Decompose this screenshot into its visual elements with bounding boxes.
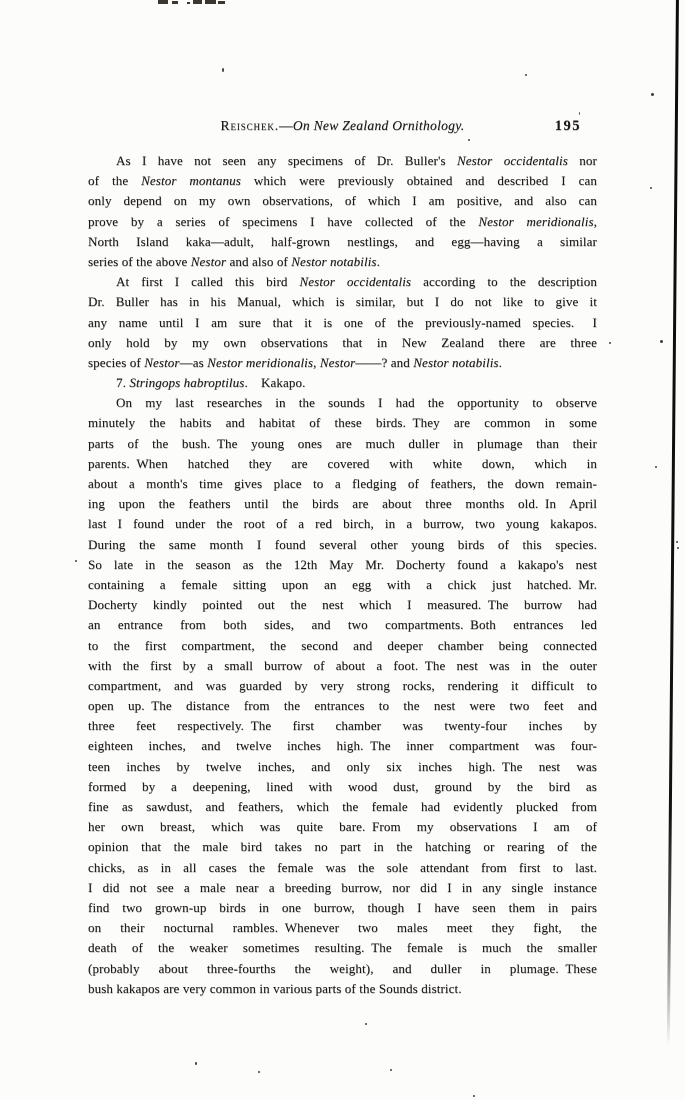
species-name-italic: Stringops habroptilus <box>129 375 244 390</box>
scan-top-edge-mark <box>172 1 178 4</box>
text-line: Dr. Buller has in his Manual, which is s… <box>88 292 597 312</box>
text-line: As I have not seen any specimens of Dr. … <box>88 151 597 171</box>
text-line: any name until I am sure that it is one … <box>88 313 597 333</box>
text-run: death of the weaker sometimes resulting.… <box>88 940 597 955</box>
text-run: . Kakapo. <box>244 375 305 390</box>
scan-speck <box>365 1023 367 1025</box>
text-run: I did not see a male near a breeding bur… <box>88 880 597 895</box>
text-run: (probably about three-fourths the weight… <box>88 961 597 976</box>
text-run: As I have not seen any specimens of Dr. … <box>116 153 457 168</box>
text-run: about a month's time gives place to a fl… <box>88 476 597 491</box>
text-line: species of Nestor—as Nestor meridionalis… <box>88 353 597 373</box>
text-line: prove by a series of specimens I have co… <box>88 212 597 232</box>
text-run: series of the above <box>88 254 191 269</box>
text-run: At first I called this bird <box>116 274 299 289</box>
scan-top-edge-mark <box>187 2 190 4</box>
author-name: Reischek. <box>221 118 279 133</box>
scan-speck <box>468 139 470 141</box>
scan-top-edge-mark <box>193 0 202 4</box>
text-run: On my last researches in the sounds I ha… <box>116 395 597 410</box>
text-run: of the <box>88 173 141 188</box>
text-run: , <box>313 355 320 370</box>
scan-speck <box>651 93 654 96</box>
text-line: series of the above Nestor and also of N… <box>88 252 597 272</box>
text-line: containing a female sitting upon an egg … <box>88 575 597 595</box>
text-line: opinion that the male bird takes no part… <box>88 837 597 857</box>
text-run: to the first compartment, the second and… <box>88 638 597 653</box>
scan-speck <box>660 340 663 343</box>
text-line: to the first compartment, the second and… <box>88 636 597 656</box>
text-line: During the same month I found several ot… <box>88 535 597 555</box>
species-name-italic: Nestor <box>191 254 226 269</box>
text-line: So late in the season as the 12th May Mr… <box>88 555 597 575</box>
scan-speck <box>579 112 580 115</box>
species-name-italic: Nestor montanus <box>141 173 241 188</box>
text-line: formed by a deepening, lined with wood d… <box>88 777 597 797</box>
title-separator: — <box>279 118 293 133</box>
text-run: , <box>594 214 597 229</box>
scanned-paper-page: Reischek.—On New Zealand Ornithology. 19… <box>0 0 685 1100</box>
text-run: Docherty kindly pointed out the nest whi… <box>88 597 597 612</box>
text-line: ing upon the feathers until the birds ar… <box>88 494 597 514</box>
species-name-italic: Nestor notabilis <box>291 254 376 269</box>
text-run: North Island kaka—adult, half-grown nest… <box>88 234 597 249</box>
text-run: fine as sawdust, and feathers, which the… <box>88 799 597 814</box>
text-line: minutely the habits and habitat of these… <box>88 413 597 433</box>
text-line: fine as sawdust, and feathers, which the… <box>88 797 597 817</box>
text-run: 7. <box>116 375 129 390</box>
text-run: on their nocturnal rambles. Whenever two… <box>88 920 597 935</box>
species-name-italic: Nestor meridionalis <box>207 355 313 370</box>
text-run: opinion that the male bird takes no part… <box>88 839 597 854</box>
text-run: . <box>499 355 502 370</box>
text-line: eighteen inches, and twelve inches high.… <box>88 736 597 756</box>
text-line: I did not see a male near a breeding bur… <box>88 878 597 898</box>
text-line: teen inches by twelve inches, and only s… <box>88 757 597 777</box>
body-text: As I have not seen any specimens of Dr. … <box>88 151 597 999</box>
text-run: minutely the habits and habitat of these… <box>88 415 597 430</box>
text-line: find two grown-up birds in one burrow, t… <box>88 898 597 918</box>
text-run: . <box>377 254 380 269</box>
text-line: parents. When hatched they are covered w… <box>88 454 597 474</box>
species-name-italic: Nestor occidentalis <box>457 153 568 168</box>
text-run: prove by a series of specimens I have co… <box>88 214 478 229</box>
text-line: bush kakapos are very common in various … <box>88 979 597 999</box>
text-line: on their nocturnal rambles. Whenever two… <box>88 918 597 938</box>
text-run: with the first by a small burrow of abou… <box>88 658 597 673</box>
text-run: only hold by my own observations that in… <box>88 335 597 350</box>
scan-speck <box>195 1062 197 1065</box>
text-line: On my last researches in the sounds I ha… <box>88 393 597 413</box>
text-line: only hold by my own observations that in… <box>88 333 597 353</box>
text-run: according to the description <box>411 274 597 289</box>
scan-speck <box>650 187 652 189</box>
text-line: compartment, and was guarded by very str… <box>88 676 597 696</box>
species-name-italic: Nestor meridionalis <box>478 214 593 229</box>
text-line: open up. The distance from the entrances… <box>88 696 597 716</box>
scan-speck <box>222 68 224 72</box>
scan-speck <box>677 547 679 549</box>
text-line: three feet respectively. The first chamb… <box>88 716 597 736</box>
scan-top-edge-mark <box>158 0 168 4</box>
species-name-italic: Nestor <box>320 355 355 370</box>
text-run: ——? and <box>355 355 413 370</box>
text-line: with the first by a small burrow of abou… <box>88 656 597 676</box>
text-run: any name until I am sure that it is one … <box>88 315 597 330</box>
page-number: 195 <box>555 118 581 135</box>
text-run: open up. The distance from the entrances… <box>88 698 597 713</box>
text-run: parts of the bush. The young ones are mu… <box>88 436 597 451</box>
text-run: So late in the season as the 12th May Mr… <box>88 557 597 572</box>
species-name-italic: Nestor <box>144 355 179 370</box>
species-name-italic: Nestor occidentalis <box>299 274 411 289</box>
scan-speck <box>258 1071 260 1073</box>
species-heading-line: 7. Stringops habroptilus. Kakapo. <box>88 373 597 393</box>
text-run: three feet respectively. The first chamb… <box>88 718 597 733</box>
text-line: parts of the bush. The young ones are mu… <box>88 434 597 454</box>
text-run: find two grown-up birds in one burrow, t… <box>88 900 597 915</box>
article-title: On New Zealand Ornithology. <box>293 118 465 133</box>
scan-speck <box>655 466 657 468</box>
text-run: and also of <box>226 254 291 269</box>
text-run: which were previously obtained and descr… <box>241 173 597 188</box>
text-run: teen inches by twelve inches, and only s… <box>88 759 597 774</box>
text-line: of the Nestor montanus which were previo… <box>88 171 597 191</box>
scan-speck <box>390 1069 392 1071</box>
text-run: compartment, and was guarded by very str… <box>88 678 597 693</box>
text-run: parents. When hatched they are covered w… <box>88 456 597 471</box>
text-run: During the same month I found several ot… <box>88 537 597 552</box>
text-run: last I found under the root of a red bir… <box>88 516 597 531</box>
text-line: (probably about three-fourths the weight… <box>88 959 597 979</box>
text-line: chicks, as in all cases the female was t… <box>88 858 597 878</box>
text-run: nor <box>568 153 597 168</box>
scan-speck <box>609 342 611 344</box>
text-line: last I found under the root of a red bir… <box>88 514 597 534</box>
scan-speck <box>75 560 77 562</box>
text-line: North Island kaka—adult, half-grown nest… <box>88 232 597 252</box>
text-line: At first I called this bird Nestor occid… <box>88 272 597 292</box>
text-line: her own breast, which was quite bare. Fr… <box>88 817 597 837</box>
text-run: her own breast, which was quite bare. Fr… <box>88 819 597 834</box>
text-line: Docherty kindly pointed out the nest whi… <box>88 595 597 615</box>
text-line: death of the weaker sometimes resulting.… <box>88 938 597 958</box>
species-name-italic: Nestor notabilis <box>413 355 498 370</box>
text-run: an entrance from both sides, and two com… <box>88 617 597 632</box>
text-run: ing upon the feathers until the birds ar… <box>88 496 597 511</box>
text-run: only depend on my own observations, of w… <box>88 193 597 208</box>
running-header: Reischek.—On New Zealand Ornithology. 19… <box>88 118 597 140</box>
scan-edge-artifact <box>667 0 679 1047</box>
text-line: an entrance from both sides, and two com… <box>88 615 597 635</box>
text-run: —as <box>180 355 208 370</box>
text-run: containing a female sitting upon an egg … <box>88 577 597 592</box>
text-run: bush kakapos are very common in various … <box>88 981 462 996</box>
running-title: Reischek.—On New Zealand Ornithology. <box>88 118 597 134</box>
text-run: species of <box>88 355 144 370</box>
text-line: about a month's time gives place to a fl… <box>88 474 597 494</box>
text-run: eighteen inches, and twelve inches high.… <box>88 738 597 753</box>
text-run: Dr. Buller has in his Manual, which is s… <box>88 294 597 309</box>
text-line: only depend on my own observations, of w… <box>88 191 597 211</box>
scan-speck <box>525 74 527 76</box>
scan-speck <box>473 1095 475 1097</box>
scan-top-edge-mark <box>218 1 225 4</box>
scan-top-edge-mark <box>205 0 216 4</box>
text-run: formed by a deepening, lined with wood d… <box>88 779 597 794</box>
scan-speck <box>676 541 678 543</box>
text-run: chicks, as in all cases the female was t… <box>88 860 597 875</box>
